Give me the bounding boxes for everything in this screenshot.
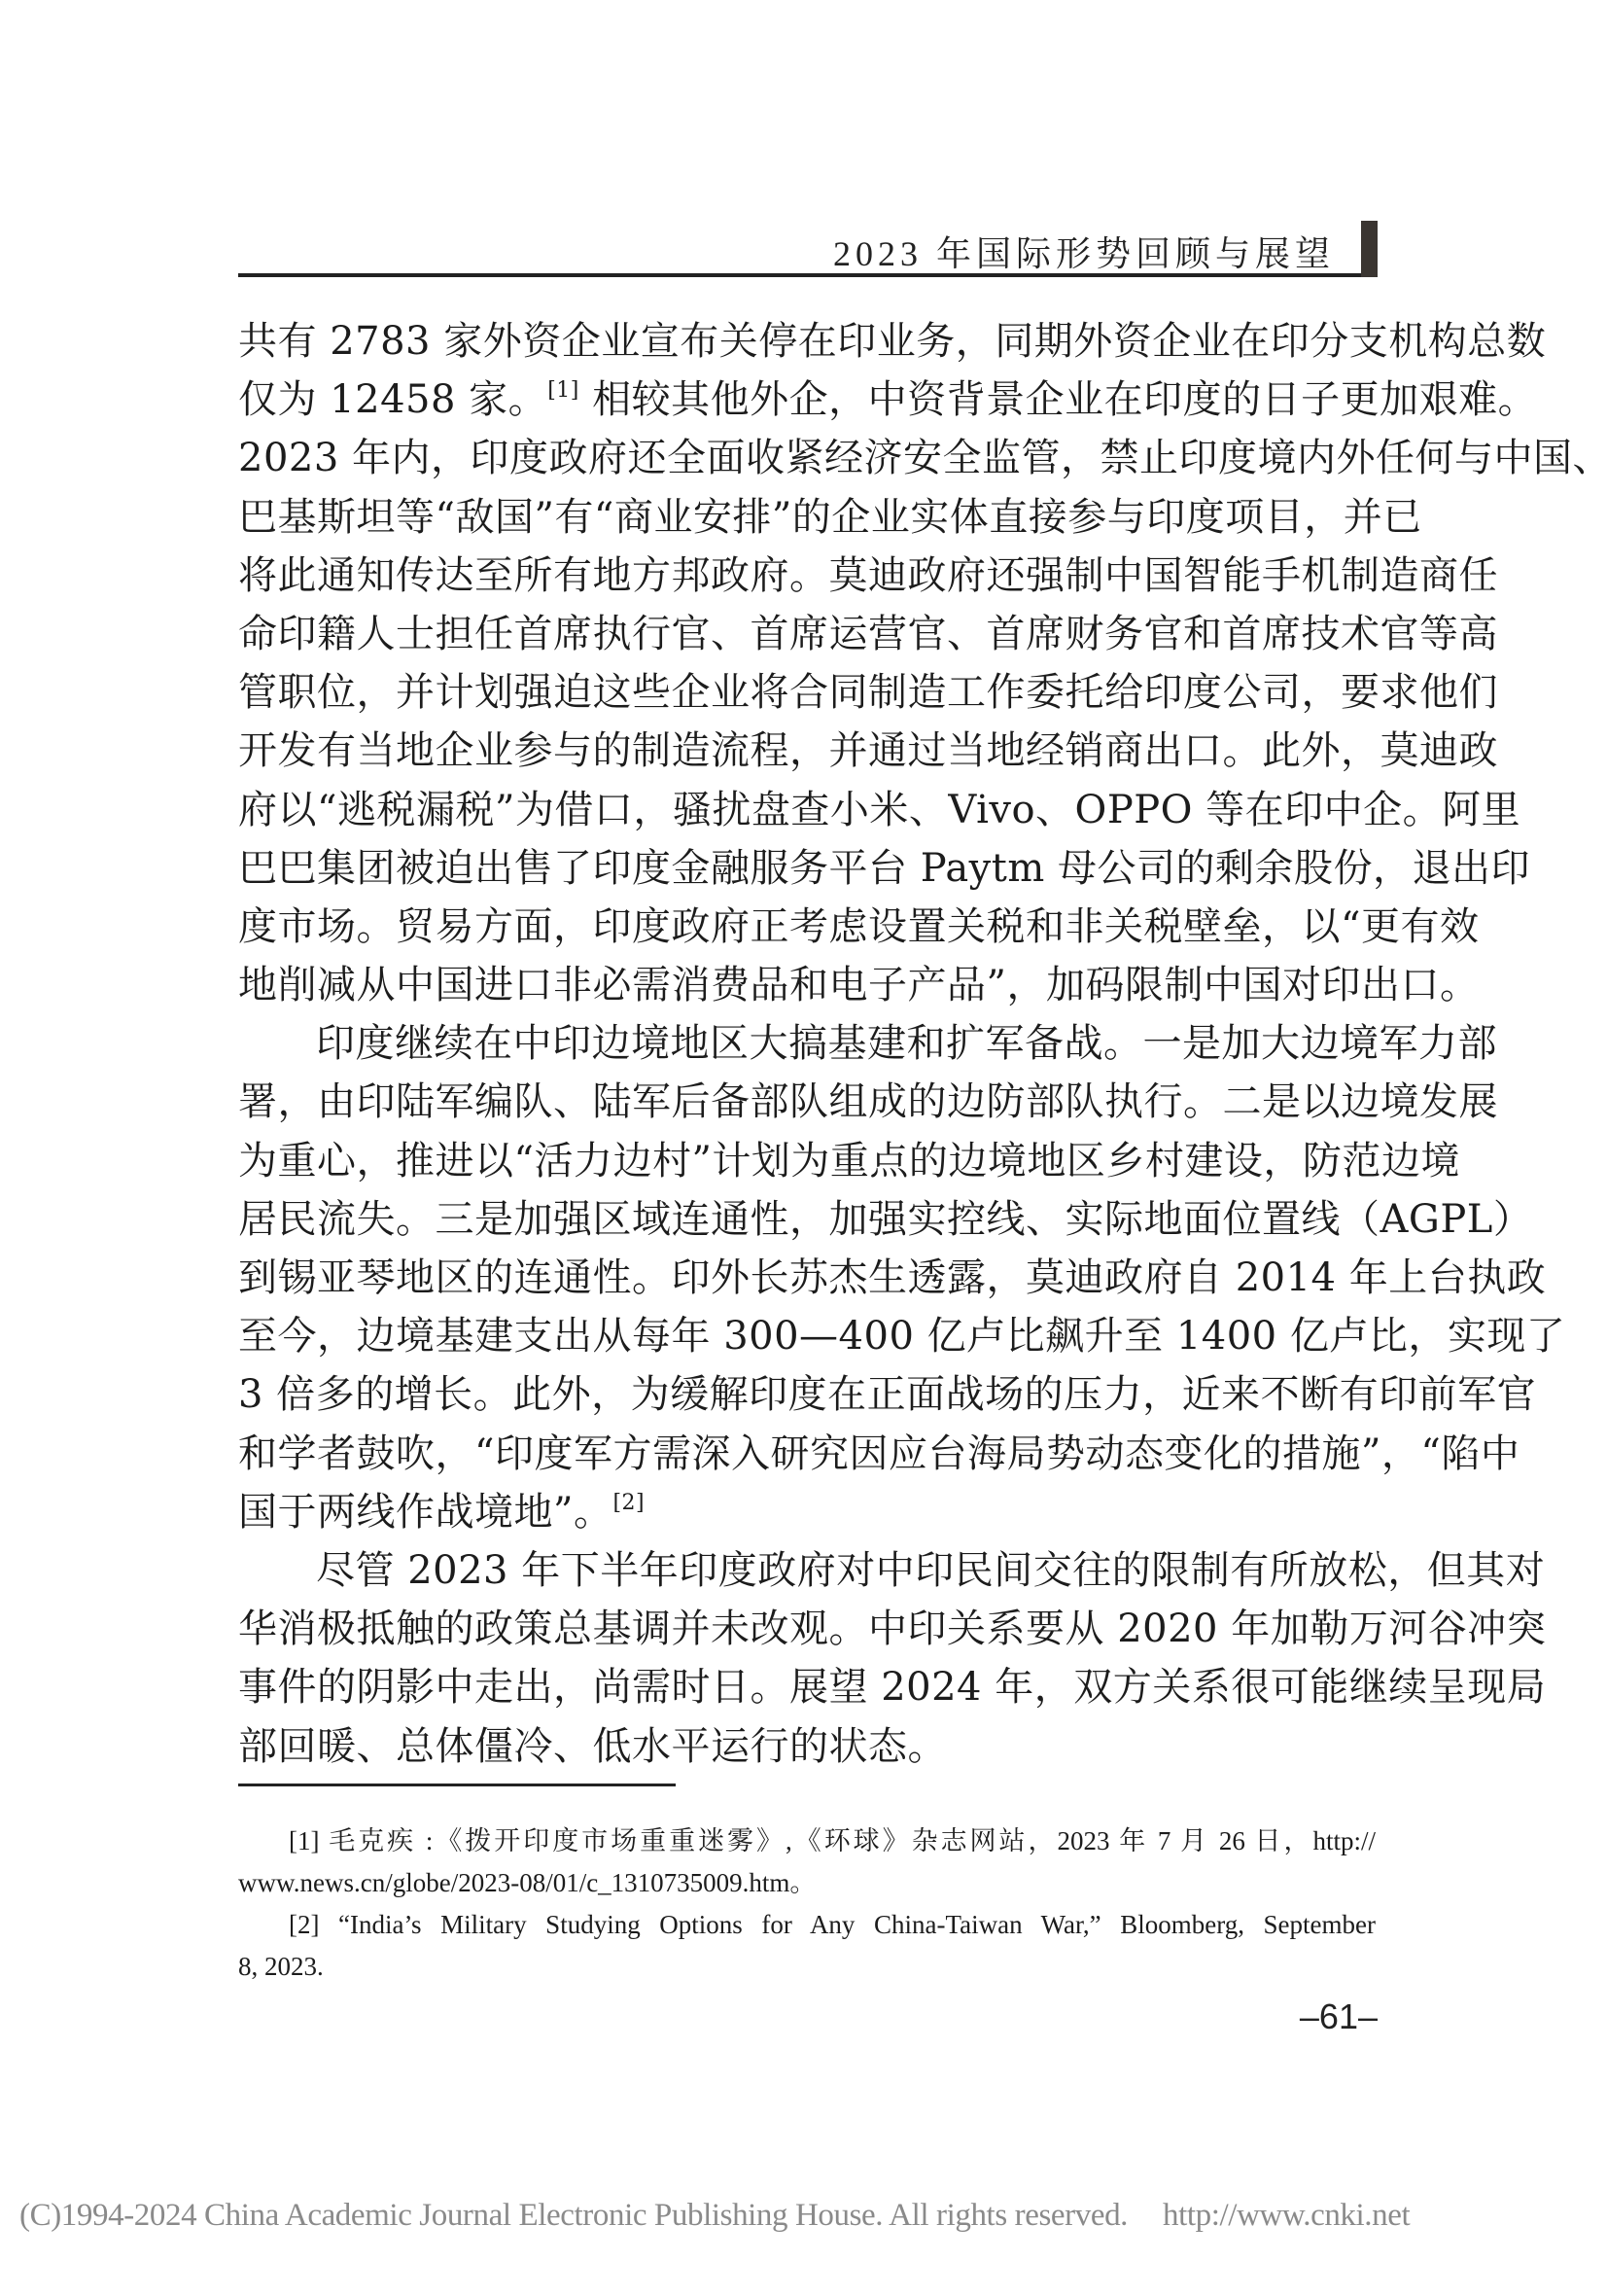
running-header: 2023 年国际形势回顾与展望 <box>238 221 1378 277</box>
cnki-link[interactable]: http://www.cnki.net <box>1163 2198 1410 2233</box>
footnote-1: [1] 毛克疾 :《拨开印度市场重重迷雾》,《环球》杂志网站，2023 年 7 … <box>238 1820 1376 1862</box>
text-line: 巴基斯坦等“敌国”有“商业安排”的企业实体直接参与印度项目，并已 <box>238 488 1376 547</box>
line-text: 巴基斯坦等“敌国”有“商业安排”的企业实体直接参与印度项目，并已 <box>238 495 1422 540</box>
text-line: 至今，边境基建支出从每年 300—400 亿卢比飙升至 1400 亿卢比，实现了 <box>238 1307 1376 1365</box>
line-text: 尽管 2023 年下半年印度政府对中印民间交往的限制有所放松，但其对 <box>316 1548 1545 1593</box>
text-line: 开发有当地企业参与的制造流程，并通过当地经销商出口。此外，莫迪政 <box>238 722 1376 780</box>
page-number: –61– <box>1300 1996 1378 2037</box>
text-line: 将此通知传达至所有地方邦政府。莫迪政府还强制中国智能手机制造商任 <box>238 547 1376 605</box>
line-text: 3 倍多的增长。此外，为缓解印度在正面战场的压力，近来不断有印前军官 <box>238 1372 1536 1417</box>
line-text: 将此通知传达至所有地方邦政府。莫迪政府还强制中国智能手机制造商任 <box>238 553 1498 598</box>
line-text: 仅为 12458 家。 <box>238 377 547 422</box>
footnote-1-url[interactable]: www.news.cn/globe/2023-08/01/c_131073500… <box>238 1862 1376 1904</box>
line-text: 印度继续在中印边境地区大搞基建和扩军备战。一是加大边境军力部 <box>316 1021 1497 1066</box>
text-line: 国于两线作战境地”。[2] <box>238 1483 1376 1541</box>
text-line: 巴巴集团被迫出售了印度金融服务平台 Paytm 母公司的剩余股份，退出印 <box>238 839 1376 898</box>
text-line: 府以“逃税漏税”为借口，骚扰盘查小米、Vivo、OPPO 等在印中企。阿里 <box>238 781 1376 839</box>
footnote-ref-1[interactable]: [1] <box>547 378 579 403</box>
text-line: 共有 2783 家外资企业宣布关停在印业务，同期外资企业在印分支机构总数 <box>238 312 1376 371</box>
line-text: 度市场。贸易方面，印度政府正考虑设置关税和非关税壁垒，以“更有效 <box>238 904 1479 949</box>
text-line: 署，由印陆军编队、陆军后备部队组成的边防部队执行。二是以边境发展 <box>238 1073 1376 1131</box>
header-rule <box>238 273 1361 277</box>
line-text: 命印籍人士担任首席执行官、首席运营官、首席财务官和首席技术官等高 <box>238 612 1498 656</box>
line-text: 署，由印陆军编队、陆军后备部队组成的边防部队执行。二是以边境发展 <box>238 1079 1498 1124</box>
footnote-rule <box>238 1784 676 1786</box>
line-text: 开发有当地企业参与的制造流程，并通过当地经销商出口。此外，莫迪政 <box>238 728 1498 773</box>
text-line: 为重心，推进以“活力边村”计划为重点的边境地区乡村建设，防范边境 <box>238 1132 1376 1190</box>
text-line: 命印籍人士担任首席执行官、首席运营官、首席财务官和首席技术官等高 <box>238 605 1376 663</box>
line-text: 至今，边境基建支出从每年 300—400 亿卢比飙升至 1400 亿卢比，实现了 <box>238 1314 1565 1359</box>
line-text: 国于两线作战境地”。 <box>238 1490 612 1535</box>
line-text: 巴巴集团被迫出售了印度金融服务平台 Paytm 母公司的剩余股份，退出印 <box>238 846 1530 891</box>
footnotes: [1] 毛克疾 :《拨开印度市场重重迷雾》,《环球》杂志网站，2023 年 7 … <box>238 1820 1376 1988</box>
line-text: 府以“逃税漏税”为借口，骚扰盘查小米、Vivo、OPPO 等在印中企。阿里 <box>238 788 1520 832</box>
paragraph-start: 尽管 2023 年下半年印度政府对中印民间交往的限制有所放松，但其对 <box>238 1541 1376 1600</box>
text-line: 地削减从中国进口非必需消费品和电子产品”，加码限制中国对印出口。 <box>238 956 1376 1014</box>
line-text: 地削减从中国进口非必需消费品和电子产品”，加码限制中国对印出口。 <box>238 963 1479 1007</box>
text-line: 和学者鼓吹，“印度军方需深入研究因应台海局势动态变化的措施”，“陷中 <box>238 1425 1376 1483</box>
line-text: 为重心，推进以“活力边村”计划为重点的边境地区乡村建设，防范边境 <box>238 1139 1460 1183</box>
line-text: 部回暖、总体僵冷、低水平运行的状态。 <box>238 1724 947 1769</box>
text-line: 部回暖、总体僵冷、低水平运行的状态。 <box>238 1717 1376 1776</box>
text-line: 2023 年内，印度政府还全面收紧经济安全监管，禁止印度境内外任何与中国、 <box>238 429 1376 487</box>
line-text: 和学者鼓吹，“印度军方需深入研究因应台海局势动态变化的措施”，“陷中 <box>238 1431 1520 1476</box>
footnote-2: [2] “India’s Military Studying Options f… <box>238 1904 1376 1946</box>
paragraph-start: 印度继续在中印边境地区大搞基建和扩军备战。一是加大边境军力部 <box>238 1014 1376 1073</box>
line-text: 相较其他外企，中资背景企业在印度的日子更加艰难。 <box>579 377 1537 422</box>
text-line: 居民流失。三是加强区域连通性，加强实控线、实际地面位置线（AGPL） <box>238 1190 1376 1249</box>
footnote-2-cont: 8, 2023. <box>238 1946 1376 1988</box>
text-line: 度市场。贸易方面，印度政府正考虑设置关税和非关税壁垒，以“更有效 <box>238 898 1376 956</box>
text-line: 到锡亚琴地区的连通性。印外长苏杰生透露，莫迪政府自 2014 年上台执政 <box>238 1249 1376 1307</box>
line-text: 居民流失。三是加强区域连通性，加强实控线、实际地面位置线（AGPL） <box>238 1197 1532 1242</box>
line-text: 到锡亚琴地区的连通性。印外长苏杰生透露，莫迪政府自 2014 年上台执政 <box>238 1255 1546 1300</box>
line-text: 管职位，并计划强迫这些企业将合同制造工作委托给印度公司，要求他们 <box>238 670 1498 715</box>
text-line: 3 倍多的增长。此外，为缓解印度在正面战场的压力，近来不断有印前军官 <box>238 1365 1376 1424</box>
copyright-notice: (C)1994-2024 China Academic Journal Elec… <box>19 2198 1128 2233</box>
text-line: 管职位，并计划强迫这些企业将合同制造工作委托给印度公司，要求他们 <box>238 663 1376 722</box>
line-text: 华消极抵触的政策总基调并未改观。中印关系要从 2020 年加勒万河谷冲突 <box>238 1607 1546 1651</box>
text-line: 仅为 12458 家。[1] 相较其他外企，中资背景企业在印度的日子更加艰难。 <box>238 371 1376 429</box>
text-line: 事件的阴影中走出，尚需时日。展望 2024 年，双方关系很可能继续呈现局 <box>238 1658 1376 1716</box>
copyright-footer: (C)1994-2024 China Academic Journal Elec… <box>19 2198 1410 2234</box>
header-edge-block <box>1361 221 1378 277</box>
footnote-ref-2[interactable]: [2] <box>612 1491 645 1515</box>
running-title: 2023 年国际形势回顾与展望 <box>833 227 1335 276</box>
text-line: 华消极抵触的政策总基调并未改观。中印关系要从 2020 年加勒万河谷冲突 <box>238 1600 1376 1658</box>
line-text: 事件的阴影中走出，尚需时日。展望 2024 年，双方关系很可能继续呈现局 <box>238 1665 1546 1710</box>
line-text: 2023 年内，印度政府还全面收紧经济安全监管，禁止印度境内外任何与中国、 <box>238 436 1607 480</box>
body-text: 共有 2783 家外资企业宣布关停在印业务，同期外资企业在印分支机构总数 仅为 … <box>238 312 1376 1776</box>
line-text: 共有 2783 家外资企业宣布关停在印业务，同期外资企业在印分支机构总数 <box>238 319 1546 364</box>
